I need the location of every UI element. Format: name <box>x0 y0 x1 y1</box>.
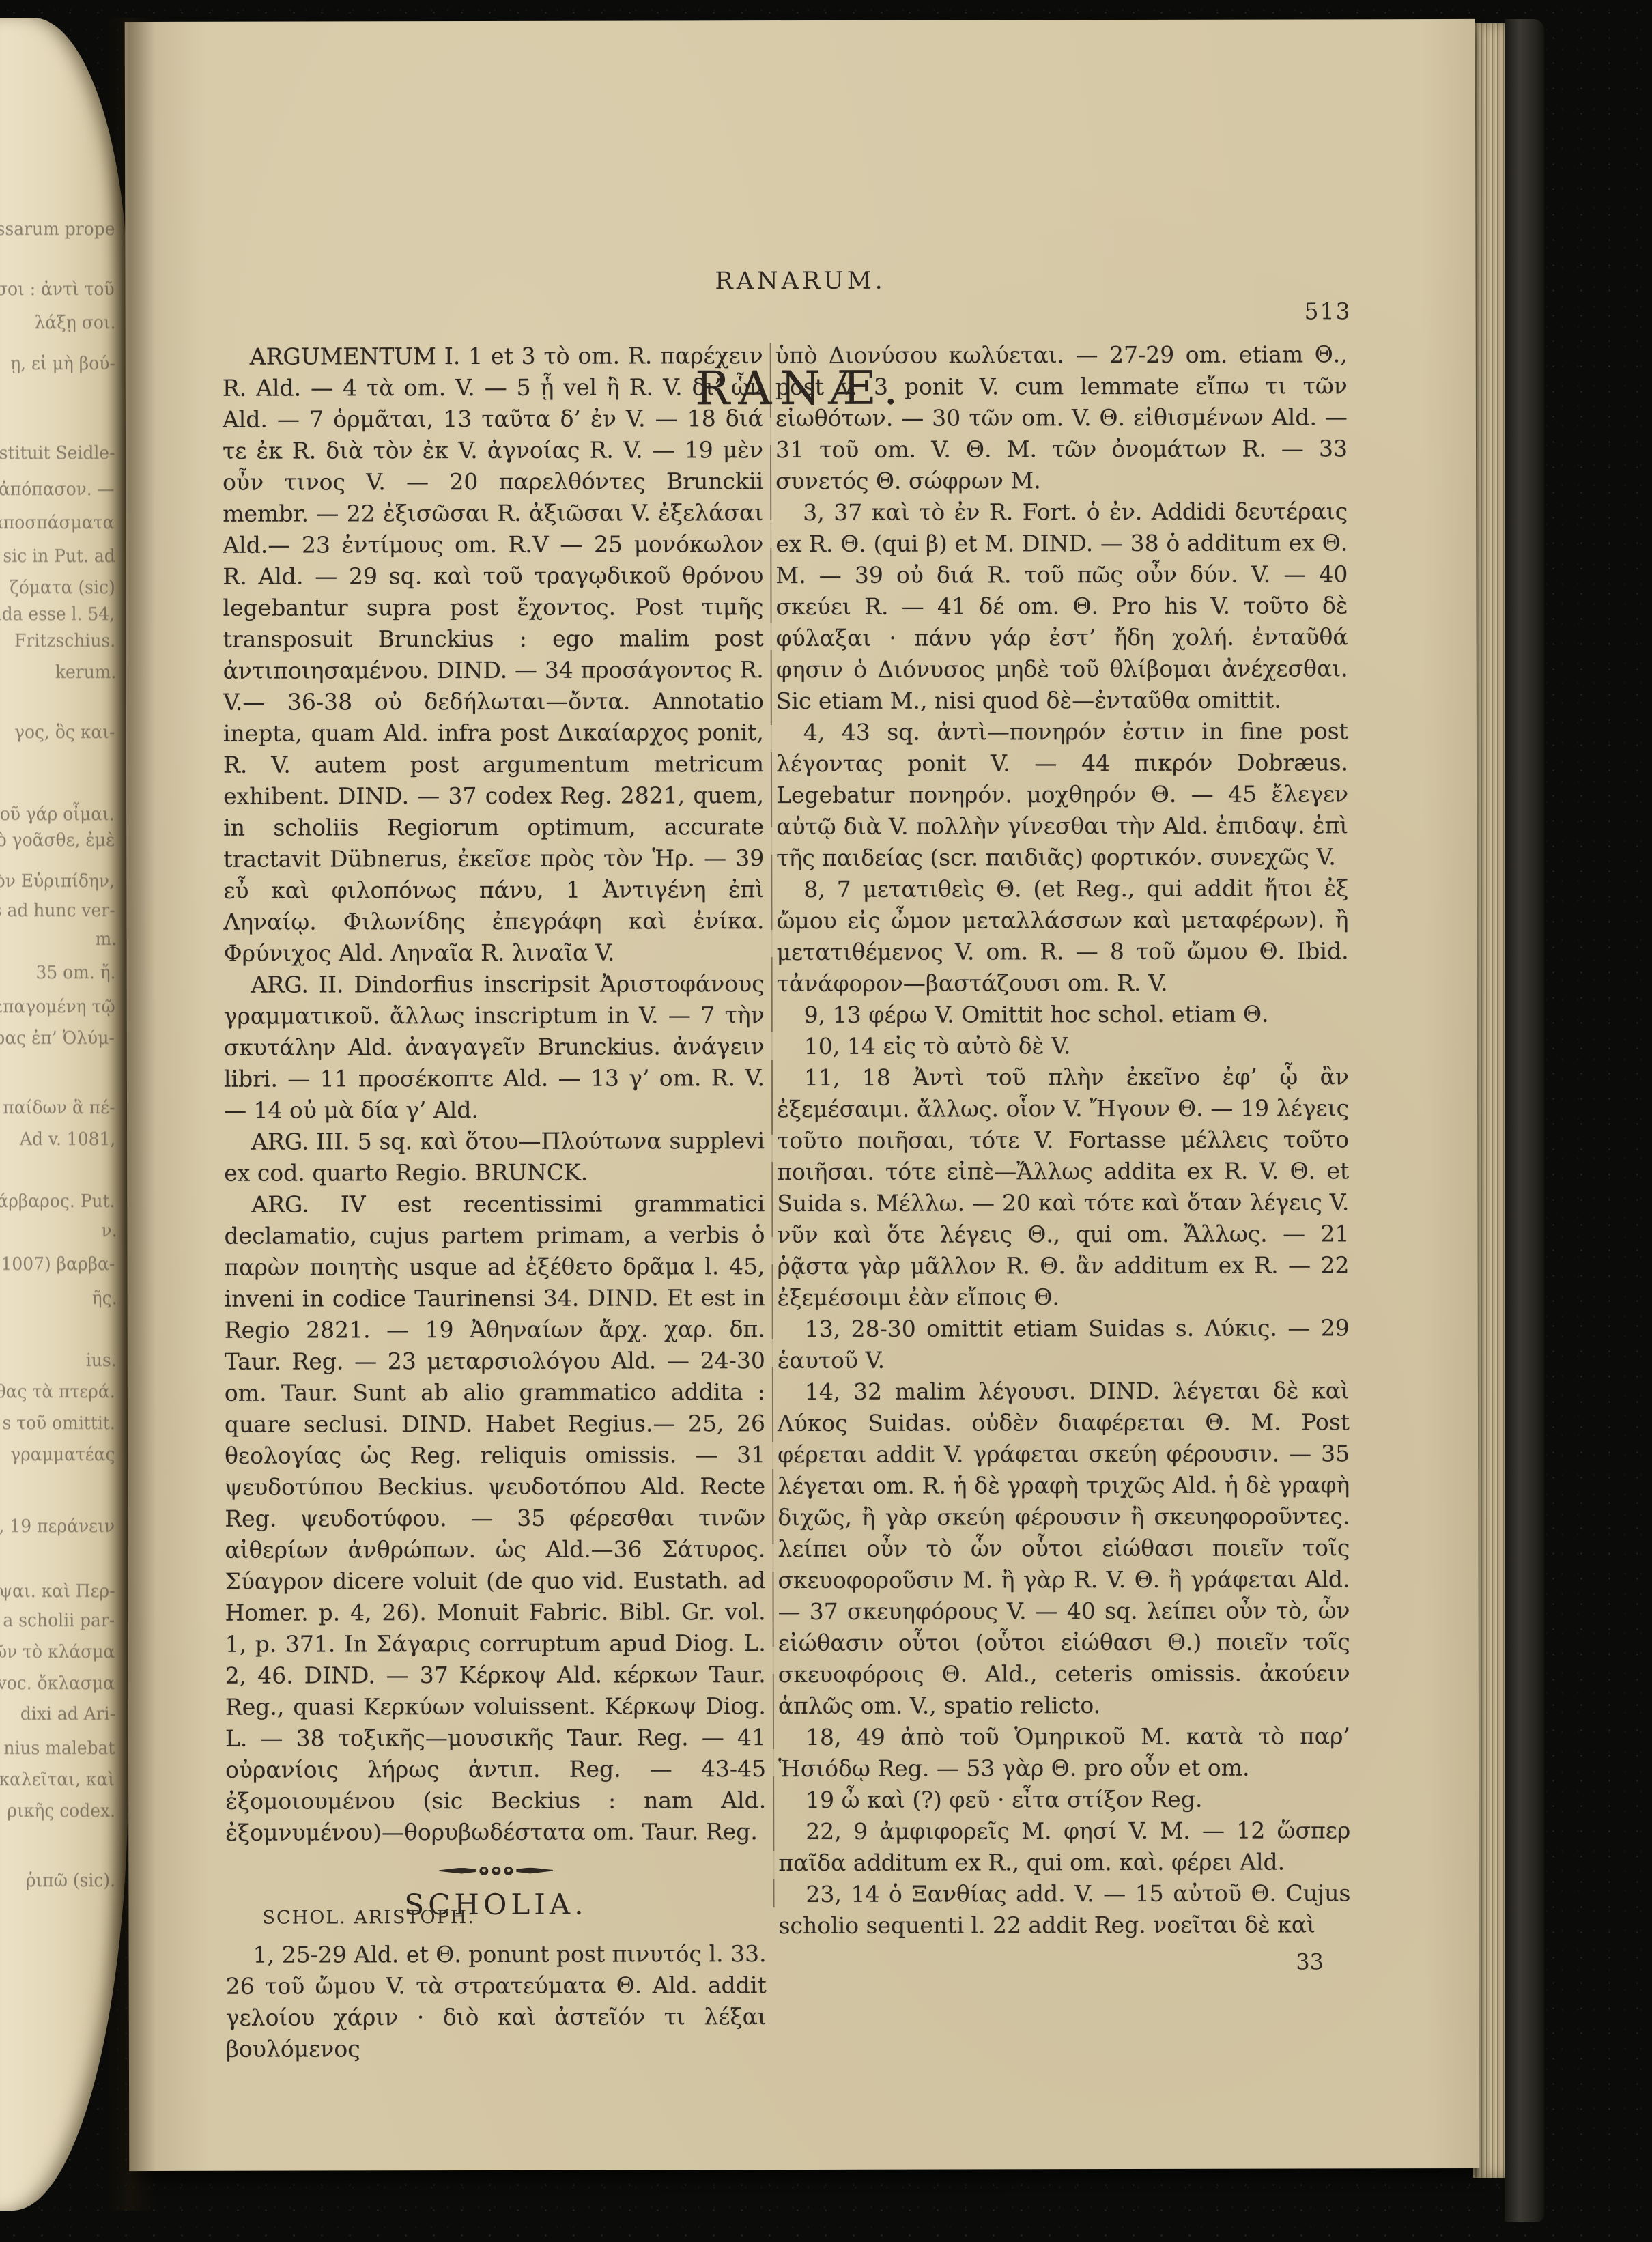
paragraph: 3, 37 καὶ τὸ ἐν R. Fort. ὁ ἐν. Addidi δε… <box>775 496 1348 717</box>
facing-page-fragment: kerum. <box>55 662 117 683</box>
paragraph: ARG. II. Dindorfius inscripsit Ἀριστοφάν… <box>224 968 765 1126</box>
paragraph: 1, 25-29 Ald. et Θ. ponunt post πινυτός … <box>226 1938 767 2065</box>
footer-plate-signature: SCHOL. ARISTOPH. <box>262 1907 474 1929</box>
facing-page-fragment: nius malebat <box>4 1738 115 1759</box>
paragraph: 14, 32 malim λέγουσι. DIND. λέγεται δὲ κ… <box>778 1375 1350 1722</box>
facing-page-fragment: , 19 περάνειν <box>0 1516 115 1537</box>
facing-page-fragment: ρας ἐπ’ Ὀλύμ- <box>0 1028 115 1049</box>
paragraph: 13, 28-30 omittit etiam Suidas s. Λύκις.… <box>778 1312 1350 1376</box>
facing-page-fragment: ῶν τὸ κλάσμα <box>0 1642 115 1662</box>
column-rule <box>770 343 775 1907</box>
facing-page-fragment: παίδων ἃ πέ- <box>3 1098 115 1118</box>
facing-page-fragment: 1007) βαρβα- <box>1 1254 115 1275</box>
facing-page-fragment: τὸν Εὐριπίδην, <box>0 871 115 892</box>
paragraph: 22, 9 ἀμφιφορεῖς M. φησί V. M. — 12 ὥσπε… <box>778 1815 1350 1879</box>
facing-page-fragment: c) σοι : ἀντὶ τοῦ <box>0 279 115 300</box>
scholia-continuation: ὑπὸ Διονύσου κωλύεται. — 27-29 om. etiam… <box>775 339 1351 1942</box>
running-head: RANARUM. <box>125 266 1475 296</box>
paragraph: ARG. IV est recentissimi grammatici decl… <box>224 1188 766 1849</box>
facing-page-fragment: Ad v. 1081, <box>20 1129 115 1150</box>
book-cover-edge <box>1505 19 1544 2222</box>
paragraph: 10, 14 εἰς τὸ αὐτὸ δὲ V. <box>777 1030 1349 1062</box>
facing-page-fragment: ῆς. <box>91 1288 117 1309</box>
book-page: RANARUM. 513 RANÆ. ARGUMENTUM I. 1 et 3 … <box>125 19 1480 2171</box>
facing-page-fragment: 35 om. ἤ. <box>35 963 115 983</box>
argumenta-section: ARGUMENTUM I. 1 et 3 τὸ om. R. παρέχειν … <box>223 340 767 1849</box>
facing-page-fragment: βάρβαρος. Put. <box>0 1191 115 1212</box>
facing-page-fragment: s τοῦ omittit. <box>2 1413 115 1434</box>
paragraph: 19 ὦ καὶ (?) φεῦ · εἶτα στίξον Reg. <box>778 1783 1350 1816</box>
scholia-section: 1, 25-29 Ald. et Θ. ponunt post πινυτός … <box>226 1938 767 2065</box>
sheet-signature-number: 33 <box>1242 1948 1378 1974</box>
photograph-of-book: { "page": { "running_head": "RANARUM.", … <box>0 0 1652 2242</box>
paragraph: 23, 14 ὁ Ξανθίας add. V. — 15 αὐτοῦ Θ. C… <box>778 1877 1350 1942</box>
facing-page-fragment: x ἀπόπασον. — <box>0 479 115 500</box>
section-divider-ornament <box>225 1862 766 1879</box>
facing-page-fragment: ῥιπῶ (sic). <box>26 1871 115 1891</box>
facing-page-fragment: a scholii par- <box>3 1610 115 1631</box>
paragraph: ARGUMENTUM I. 1 et 3 τὸ om. R. παρέχειν … <box>223 340 765 969</box>
paragraph: 4, 43 sq. ἀντὶ—πονηρόν ἐστιν in fine pos… <box>776 715 1348 874</box>
facing-page-edge: ssarum propec) σοι : ἀντὶ τοῦλάξῃ σοι.ῃ,… <box>0 18 128 2211</box>
facing-page-fragment: γραμματέας <box>10 1445 115 1465</box>
left-column: ARGUMENTUM I. 1 et 3 τὸ om. R. παρέχειν … <box>223 340 767 2065</box>
paragraph: ὑπὸ Διονύσου κωλύεται. — 27-29 om. etiam… <box>775 339 1348 497</box>
facing-page-fragment: καλεῖται, καὶ <box>0 1770 115 1790</box>
paragraph: 8, 7 μετατιθεὶς Θ. (et Reg., qui addit ἤ… <box>776 872 1348 999</box>
facing-page-fragment: sic in Put. ad <box>3 546 115 567</box>
facing-page-fragment: ῃ, εἰ μὴ βού- <box>10 354 115 374</box>
paragraph: 18, 49 ἀπὸ τοῦ Ὁμηρικοῦ M. κατὰ τὸ παρ’ … <box>778 1720 1350 1785</box>
facing-page-fragment: ssarum prope <box>0 219 115 240</box>
ornament-taper-left <box>439 1868 476 1874</box>
facing-page-fragment: Fritzschius. <box>14 631 115 651</box>
right-column: ὑπὸ Διονύσου κωλύεται. — 27-29 om. etiam… <box>775 339 1351 1942</box>
facing-page-fragment: m. <box>96 929 117 950</box>
paragraph: ARG. III. 5 sq. καὶ ὅτου—Πλούτωνα supple… <box>224 1125 765 1189</box>
facing-page-fragment: ν. <box>101 1221 117 1241</box>
facing-page-fragment: λάξῃ σοι. <box>34 313 115 333</box>
facing-page-fragment: ψαι. καὶ Περ- <box>0 1581 115 1602</box>
paragraph: 9, 13 φέρω V. Omittit hoc schol. etiam Θ… <box>777 998 1349 1031</box>
facing-page-fragment: estituit Seidle- <box>0 443 115 464</box>
facing-page-fragment: dixi ad Ari- <box>20 1704 115 1725</box>
facing-page-fragment: ada esse l. 54, <box>0 604 115 625</box>
ornament-bead <box>492 1866 500 1875</box>
facing-page-fragment: ζόματα (sic) <box>10 578 115 598</box>
facing-page-fragment: α ἀποσπάσματα <box>0 513 115 533</box>
ornament-taper-right <box>516 1867 553 1873</box>
facing-page-fragment: θας τὰ πτερά. <box>0 1382 115 1402</box>
ornament-bead <box>504 1866 513 1875</box>
facing-page-fragment: τὸ γοᾶσθε, ἐμὲ <box>0 830 115 851</box>
page-number: 513 <box>1305 298 1352 324</box>
facing-page-fragment: ρικῆς codex. <box>7 1801 115 1821</box>
paragraph: 11, 18 Ἀντὶ τοῦ πλὴν ἐκεῖνο ἐφ’ ᾧ ἂν ἐξε… <box>777 1061 1350 1314</box>
facing-page-fragment: s ad hunc ver- <box>0 900 115 921</box>
facing-page-fragment: voc. ὄκλασμα <box>0 1673 115 1694</box>
facing-page-fragment: ius. <box>86 1350 117 1371</box>
facing-page-fragment: ἐπαγομένη τῷ <box>0 997 115 1017</box>
facing-page-fragment: γος, ὃς και- <box>15 722 115 743</box>
facing-page-fragment: ὶ τοῦ γάρ οἶμαι. <box>0 804 115 825</box>
ornament-bead <box>479 1866 488 1875</box>
